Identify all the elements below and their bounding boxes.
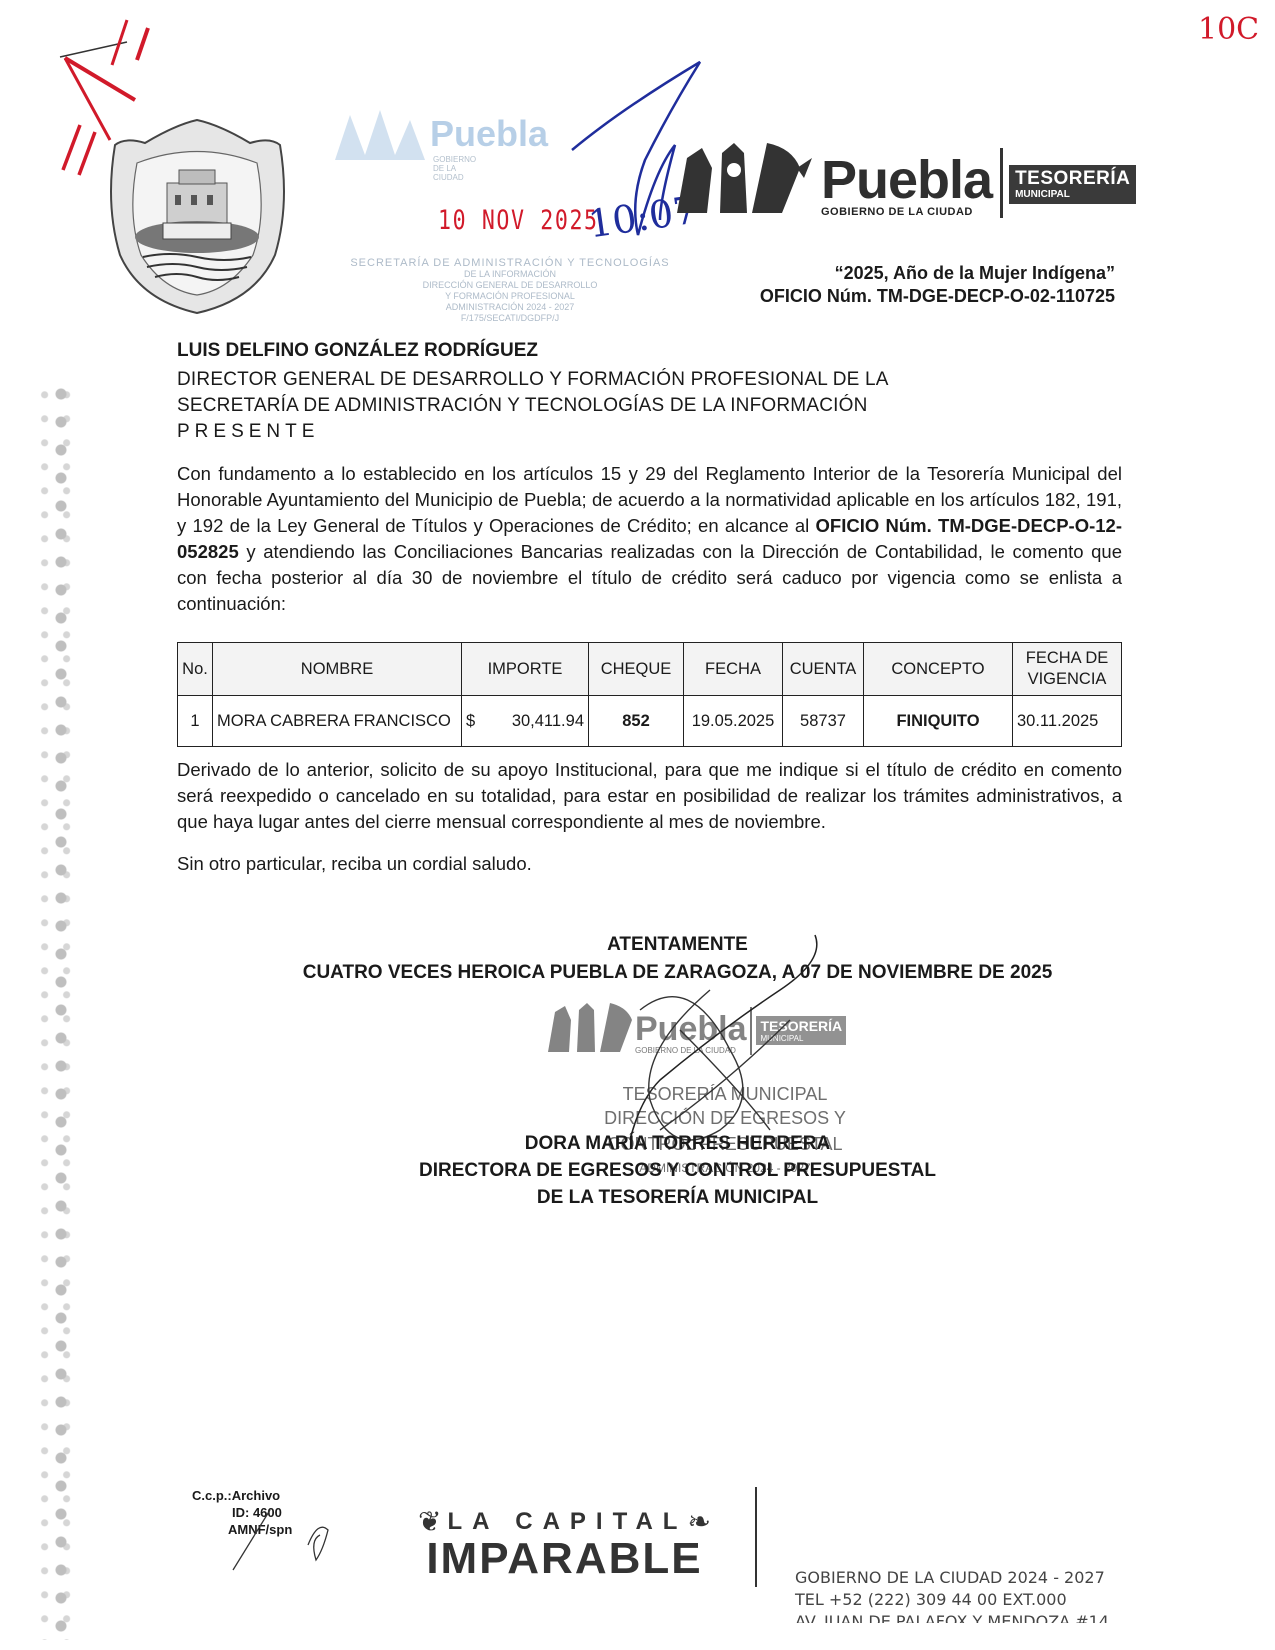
signatory-title-2: DE LA TESORERÍA MUNICIPAL [40, 1184, 1275, 1211]
city-crest-icon [105, 115, 290, 315]
puebla-header-logo: Puebla GOBIERNO DE LA CIUDAD TESORERÍA M… [672, 138, 1136, 218]
addressee-role: DIRECTOR GENERAL DE DESARROLLO Y FORMACI… [177, 367, 889, 445]
year-motto: “2025, Año de la Mujer Indígena” [835, 263, 1115, 284]
credit-title-table: No. NOMBRE IMPORTE CHEQUE FECHA CUENTA C… [177, 642, 1122, 747]
oficio-number: OFICIO Núm. TM-DGE-DECP-O-02-110725 [760, 286, 1115, 307]
footer-contact-info: GOBIERNO DE LA CIUDAD 2024 - 2027 TEL +5… [795, 1567, 1109, 1623]
tesoreria-badge: TESORERÍA MUNICIPAL [1009, 165, 1136, 204]
col-vigencia: FECHA DE VIGENCIA [1013, 643, 1122, 696]
received-stamp-logo: Puebla GOBIERNO DE LA CIUDAD [330, 105, 430, 170]
footer-divider [755, 1487, 757, 1587]
received-stamp-text: SECRETARÍA DE ADMINISTRACIÓN Y TECNOLOGÍ… [325, 258, 695, 324]
addressee-name: LUIS DELFINO GONZÁLEZ RODRÍGUEZ [177, 340, 538, 362]
signatory-title: DIRECTORA DE EGRESOS Y CONTROL PRESUPUES… [40, 1157, 1275, 1184]
col-no: No. [178, 643, 213, 696]
col-nombre: NOMBRE [213, 643, 462, 696]
body-paragraph-3: Sin otro particular, reciba un cordial s… [177, 851, 1122, 877]
page-number-mark: 10C [1198, 12, 1259, 47]
body-paragraph-1: Con fundamento a lo establecido en los a… [177, 461, 1122, 617]
body-paragraph-2: Derivado de lo anterior, solicito de su … [177, 757, 1122, 835]
decorative-border [38, 380, 83, 1640]
col-importe: IMPORTE [462, 643, 589, 696]
col-cheque: CHEQUE [589, 643, 684, 696]
table-row: 1 MORA CABRERA FRANCISCO $30,411.94 852 … [178, 696, 1122, 747]
presente-label: PRESENTE [177, 419, 889, 445]
logo-divider [1000, 148, 1003, 218]
footer-slogan: ❦ LA CAPITAL ❧ IMPARABLE [418, 1505, 711, 1580]
col-cuenta: CUENTA [783, 643, 864, 696]
signature-scribble [600, 930, 860, 1160]
col-concepto: CONCEPTO [864, 643, 1013, 696]
initials-scribble [228, 1505, 338, 1575]
puebla-emblem-icon [330, 105, 430, 165]
table-header-row: No. NOMBRE IMPORTE CHEQUE FECHA CUENTA C… [178, 643, 1122, 696]
puebla-emblem-icon [672, 138, 817, 218]
signatory-name: DORA MARÍA TORRES HERRERA [40, 1130, 1275, 1157]
signatory-block: DORA MARÍA TORRES HERRERA DIRECTORA DE E… [0, 1130, 1275, 1211]
col-fecha: FECHA [684, 643, 783, 696]
